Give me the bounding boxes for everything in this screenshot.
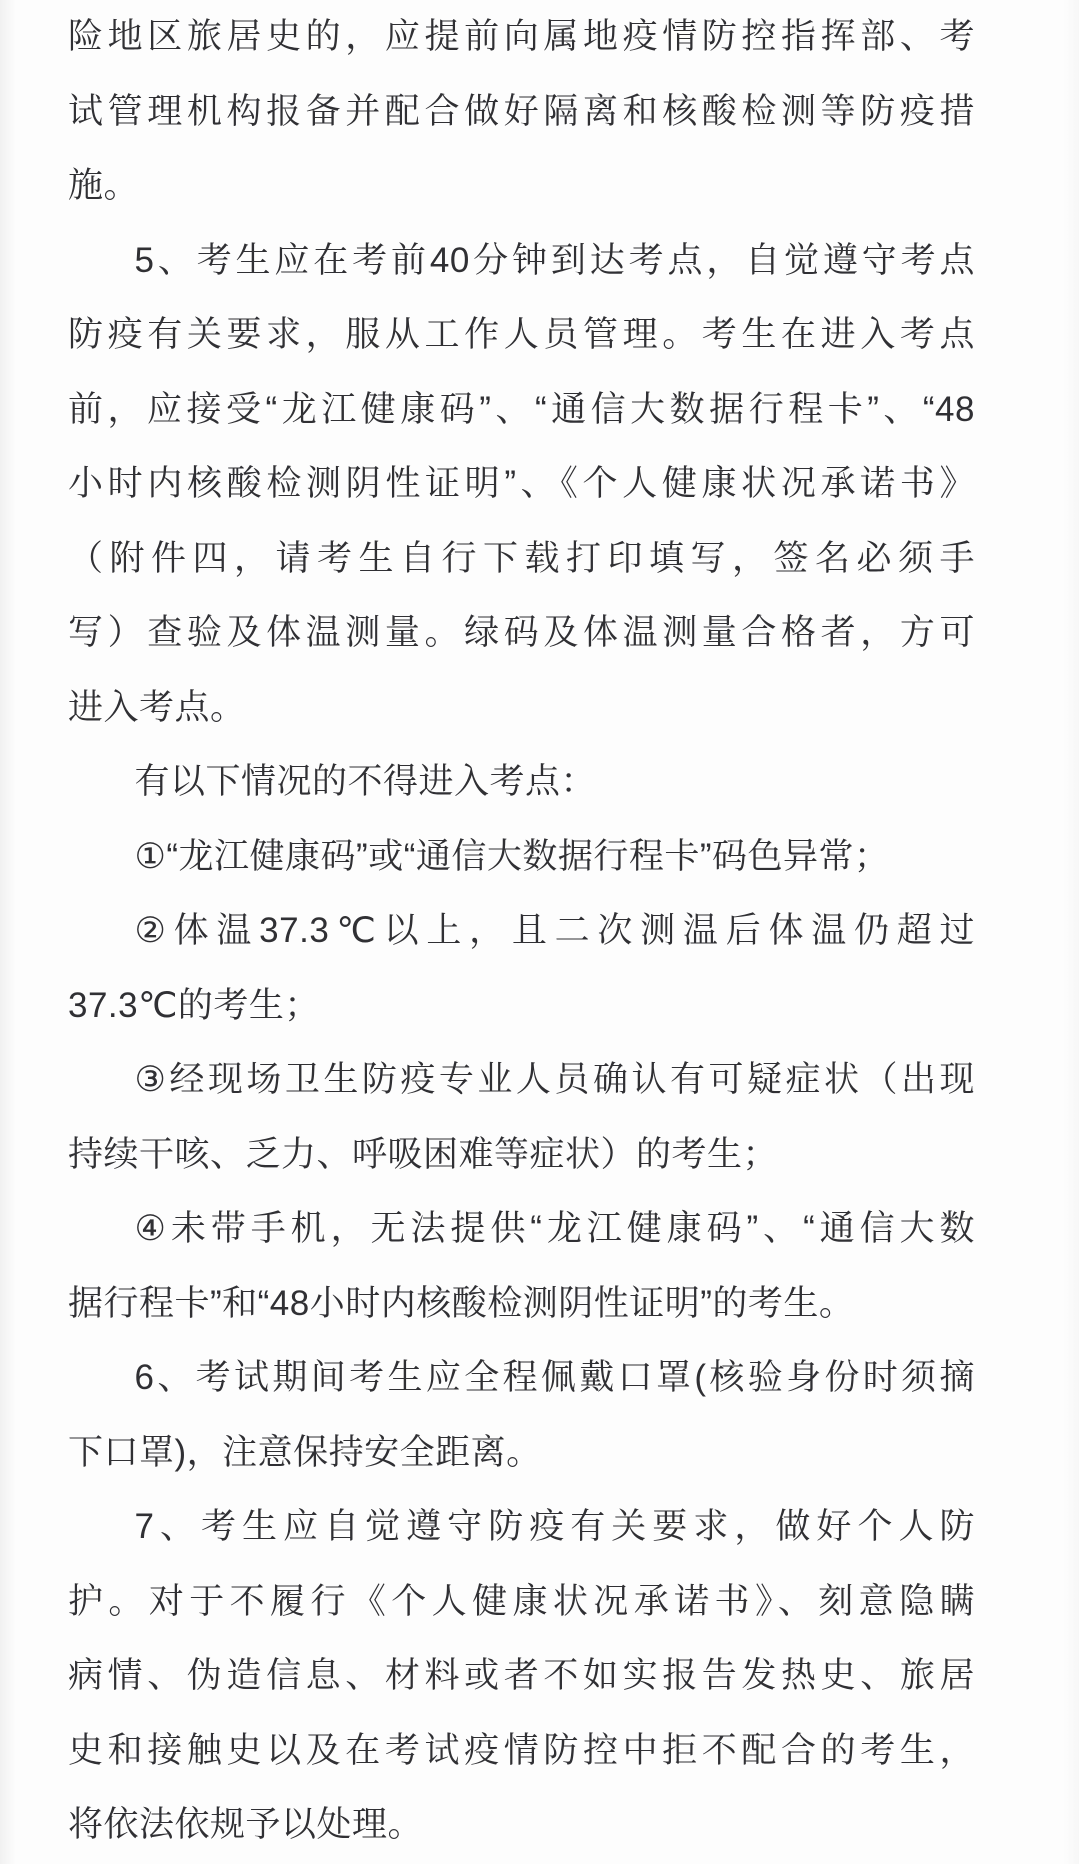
text-line: 5、考生应在考前40分钟到达考点，自觉遵守考点 <box>68 224 975 299</box>
paragraph: ③经现场卫生防疫专业人员确认有可疑症状（出现持续干咳、乏力、呼吸困难等症状）的考… <box>68 1043 975 1192</box>
paragraph: ②体温37.3℃以上，且二次测温后体温仍超过37.3℃的考生； <box>68 894 975 1043</box>
text-line: 小时内核酸检测阴性证明”、《个人健康状况承诺书》 <box>68 447 975 522</box>
text-line: 有以下情况的不得进入考点： <box>68 745 975 820</box>
paragraph: 7、考生应自觉遵守防疫有关要求，做好个人防护。对于不履行《个人健康状况承诺书》、… <box>68 1490 975 1863</box>
text-line: 病情、伪造信息、材料或者不如实报告发热史、旅居 <box>68 1639 975 1714</box>
text-line: 据行程卡”和“48小时内核酸检测阴性证明”的考生。 <box>68 1267 975 1342</box>
text-line: 持续干咳、乏力、呼吸困难等症状）的考生； <box>68 1118 975 1193</box>
text-line: （附件四，请考生自行下载打印填写，签名必须手 <box>68 522 975 597</box>
text-line: 施。 <box>68 149 975 224</box>
text-line: ②体温37.3℃以上，且二次测温后体温仍超过 <box>68 894 975 969</box>
text-line: 险地区旅居史的，应提前向属地疫情防控指挥部、考 <box>68 0 975 75</box>
text-line: 护。对于不履行《个人健康状况承诺书》、刻意隐瞒 <box>68 1565 975 1640</box>
document-body: 险地区旅居史的，应提前向属地疫情防控指挥部、考试管理机构报备并配合做好隔离和核酸… <box>68 0 975 1863</box>
text-line: 写）查验及体温测量。绿码及体温测量合格者，方可 <box>68 596 975 671</box>
paragraph: 有以下情况的不得进入考点： <box>68 745 975 820</box>
text-line: ①“龙江健康码”或“通信大数据行程卡”码色异常； <box>68 820 975 895</box>
text-line: 史和接触史以及在考试疫情防控中拒不配合的考生， <box>68 1714 975 1789</box>
text-line: 进入考点。 <box>68 671 975 746</box>
paragraph: 5、考生应在考前40分钟到达考点，自觉遵守考点防疫有关要求，服从工作人员管理。考… <box>68 224 975 746</box>
text-line: 试管理机构报备并配合做好隔离和核酸检测等防疫措 <box>68 75 975 150</box>
paragraph: ④未带手机，无法提供“龙江健康码”、“通信大数据行程卡”和“48小时内核酸检测阴… <box>68 1192 975 1341</box>
paragraph: ①“龙江健康码”或“通信大数据行程卡”码色异常； <box>68 820 975 895</box>
text-line: 7、考生应自觉遵守防疫有关要求，做好个人防 <box>68 1490 975 1565</box>
paragraph: 险地区旅居史的，应提前向属地疫情防控指挥部、考试管理机构报备并配合做好隔离和核酸… <box>68 0 975 224</box>
paragraph: 6、考试期间考生应全程佩戴口罩(核验身份时须摘下口罩)，注意保持安全距离。 <box>68 1341 975 1490</box>
text-line: 将依法依规予以处理。 <box>68 1788 975 1863</box>
text-line: 6、考试期间考生应全程佩戴口罩(核验身份时须摘 <box>68 1341 975 1416</box>
text-line: 下口罩)，注意保持安全距离。 <box>68 1416 975 1491</box>
text-line: 前，应接受“龙江健康码”、“通信大数据行程卡”、“48 <box>68 373 975 448</box>
document-page: 险地区旅居史的，应提前向属地疫情防控指挥部、考试管理机构报备并配合做好隔离和核酸… <box>0 0 1079 1864</box>
text-line: 37.3℃的考生； <box>68 969 975 1044</box>
text-line: ④未带手机，无法提供“龙江健康码”、“通信大数 <box>68 1192 975 1267</box>
text-line: 防疫有关要求，服从工作人员管理。考生在进入考点 <box>68 298 975 373</box>
text-line: ③经现场卫生防疫专业人员确认有可疑症状（出现 <box>68 1043 975 1118</box>
